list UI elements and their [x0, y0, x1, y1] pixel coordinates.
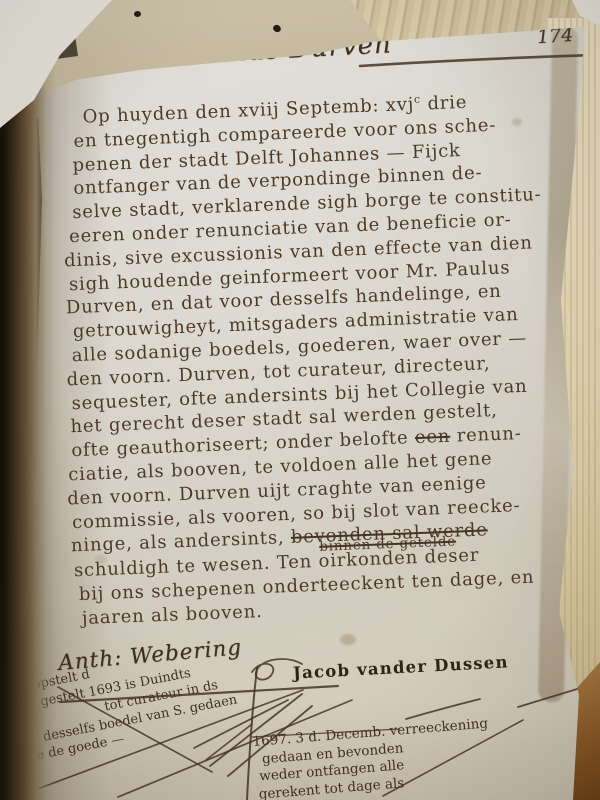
vignette-overlay: [0, 0, 600, 800]
photo-frame: Bladz 53 d'naest fait geds signa: Mr. Pa…: [0, 0, 600, 800]
